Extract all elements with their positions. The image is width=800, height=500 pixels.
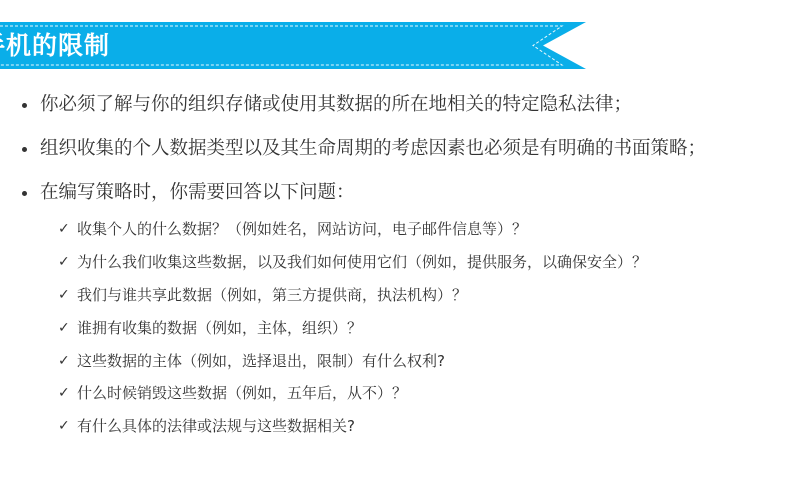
question-text: 收集个人的什么数据？（例如姓名，网站访问，电子邮件信息等）？ — [77, 218, 527, 240]
question-text: 什么时候销毁这些数据（例如，五年后，从不）？ — [77, 382, 407, 404]
bullet-icon — [22, 103, 27, 108]
checkmark-icon: ✓ — [58, 415, 70, 437]
bullet-text: 在编写策略时，你需要回答以下问题： — [40, 180, 355, 206]
checkmark-icon: ✓ — [58, 218, 70, 240]
question-text: 有什么具体的法律或法规与这些数据相关? — [77, 415, 355, 437]
question-text: 谁拥有收集的数据（例如，主体，组织）？ — [77, 317, 362, 339]
slide-title: 手机的限制 — [0, 26, 110, 66]
question-text: 我们与谁共享此数据（例如，第三方提供商，执法机构）？ — [77, 284, 467, 306]
checkmark-icon: ✓ — [58, 284, 70, 306]
bullet-text: 你必须了解与你的组织存储或使用其数据的所在地相关的特定隐私法律； — [40, 92, 632, 118]
checkmark-icon: ✓ — [58, 317, 70, 339]
title-banner: 手机的限制 — [0, 22, 586, 69]
question-text: 这些数据的主体（例如，选择退出，限制）有什么权利? — [77, 350, 445, 372]
checkmark-icon: ✓ — [58, 382, 70, 404]
checkmark-icon: ✓ — [58, 251, 70, 273]
bullet-icon — [22, 191, 27, 196]
bullet-icon — [22, 147, 27, 152]
bullet-text: 组织收集的个人数据类型以及其生命周期的考虑因素也必须是有明确的书面策略； — [40, 136, 706, 162]
question-text: 为什么我们收集这些数据，以及我们如何使用它们（例如，提供服务，以确保安全）？ — [77, 251, 647, 273]
checkmark-icon: ✓ — [58, 350, 70, 372]
